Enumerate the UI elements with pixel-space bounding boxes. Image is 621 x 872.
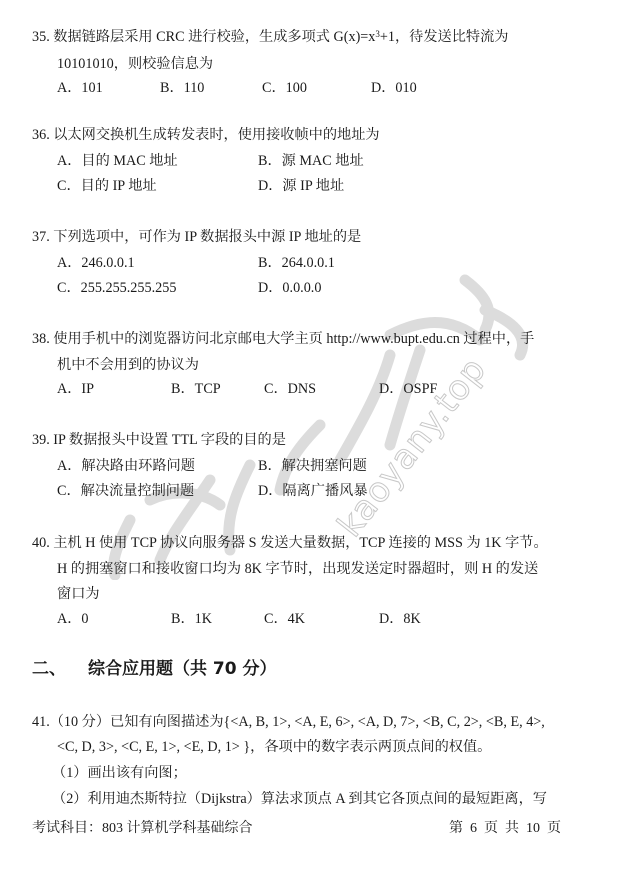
section-title: 综合应用题（共 70 分） bbox=[88, 659, 277, 679]
q39-option-d: D．隔离广播风暴 bbox=[258, 482, 368, 500]
question-41-line-3: （1）画出该有向图； bbox=[52, 764, 187, 782]
q40-option-d: D．8K bbox=[379, 610, 421, 628]
question-35-line-2: 10101010，则校验信息为 bbox=[57, 55, 213, 73]
question-number: 35. bbox=[32, 29, 50, 45]
footer-page-number: 第 6 页 共 10 页 bbox=[449, 820, 561, 838]
q39-option-c: C．解决流量控制问题 bbox=[57, 482, 194, 500]
calligraphy-watermark bbox=[90, 250, 550, 580]
q36-option-d: D．源 IP 地址 bbox=[258, 177, 344, 195]
question-number: 41. bbox=[32, 714, 50, 730]
question-text: IP 数据报头中设置 TTL 字段的目的是 bbox=[53, 432, 286, 448]
q36-option-a: A．目的 MAC 地址 bbox=[57, 152, 178, 170]
q35-option-c: C．100 bbox=[262, 79, 307, 97]
question-number: 39. bbox=[32, 432, 50, 448]
section-heading: 二、综合应用题（共 70 分） bbox=[32, 657, 277, 681]
question-38-line-2: 机中不会用到的协议为 bbox=[57, 356, 199, 374]
question-37-line-1: 37. 下列选项中，可作为 IP 数据报头中源 IP 地址的是 bbox=[32, 228, 361, 246]
question-text: 使用手机中的浏览器访问北京邮电大学主页 http://www.bupt.edu.… bbox=[53, 331, 534, 347]
q37-option-b: B．264.0.0.1 bbox=[258, 254, 335, 272]
question-36-line-1: 36. 以太网交换机生成转发表时，使用接收帧中的地址为 bbox=[32, 126, 380, 144]
question-40-line-2: H 的拥塞窗口和接收窗口均为 8K 字节时，出现发送定时器超时，则 H 的发送 bbox=[57, 560, 538, 578]
q40-option-b: B．1K bbox=[171, 610, 212, 628]
question-40-line-3: 窗口为 bbox=[57, 585, 100, 603]
q37-option-d: D．0.0.0.0 bbox=[258, 279, 321, 297]
q38-option-a: A．IP bbox=[57, 380, 94, 398]
q37-option-c: C．255.255.255.255 bbox=[57, 279, 176, 297]
question-40-line-1: 40. 主机 H 使用 TCP 协议向服务器 S 发送大量数据，TCP 连接的 … bbox=[32, 534, 548, 552]
question-number: 40. bbox=[32, 535, 50, 551]
question-41-line-2: <C, D, 3>, <C, E, 1>, <E, D, 1> }，各项中的数字… bbox=[57, 738, 491, 756]
q35-option-b: B．110 bbox=[160, 79, 204, 97]
url-watermark: kaoyany.top bbox=[330, 350, 495, 545]
question-41-line-1: 41.（10 分）已知有向图描述为{<A, B, 1>, <A, E, 6>, … bbox=[32, 713, 545, 731]
question-text: 下列选项中，可作为 IP 数据报头中源 IP 地址的是 bbox=[53, 229, 361, 245]
q36-option-c: C．目的 IP 地址 bbox=[57, 177, 157, 195]
question-number: 38. bbox=[32, 331, 50, 347]
question-text: （10 分）已知有向图描述为{<A, B, 1>, <A, E, 6>, <A,… bbox=[50, 714, 545, 730]
question-number: 36. bbox=[32, 127, 50, 143]
q40-option-c: C．4K bbox=[264, 610, 305, 628]
question-text: 以太网交换机生成转发表时，使用接收帧中的地址为 bbox=[53, 127, 379, 143]
q40-option-a: A．0 bbox=[57, 610, 89, 628]
question-38-line-1: 38. 使用手机中的浏览器访问北京邮电大学主页 http://www.bupt.… bbox=[32, 330, 534, 348]
question-35-line-1: 35. 数据链路层采用 CRC 进行校验，生成多项式 G(x)=x3+1，待发送… bbox=[32, 28, 509, 46]
q37-option-a: A．246.0.0.1 bbox=[57, 254, 135, 272]
section-number: 二、 bbox=[32, 659, 66, 679]
q35-option-d: D．010 bbox=[371, 79, 417, 97]
q36-option-b: B．源 MAC 地址 bbox=[258, 152, 364, 170]
q39-option-a: A．解决路由环路问题 bbox=[57, 457, 195, 475]
q39-option-b: B．解决拥塞问题 bbox=[258, 457, 367, 475]
superscript: 3 bbox=[375, 29, 380, 39]
question-41-line-4: （2）利用迪杰斯特拉（Dijkstra）算法求顶点 A 到其它各顶点间的最短距离… bbox=[52, 790, 547, 808]
q35-option-a: A．101 bbox=[57, 79, 103, 97]
q38-option-b: B．TCP bbox=[171, 380, 221, 398]
question-text: 主机 H 使用 TCP 协议向服务器 S 发送大量数据，TCP 连接的 MSS … bbox=[53, 535, 547, 551]
q38-option-c: C．DNS bbox=[264, 380, 316, 398]
footer-subject: 考试科目：803 计算机学科基础综合 bbox=[32, 820, 253, 838]
question-number: 37. bbox=[32, 229, 50, 245]
question-text: +1，待发送比特流为 bbox=[380, 29, 509, 45]
q38-option-d: D．OSPF bbox=[379, 380, 437, 398]
question-39-line-1: 39. IP 数据报头中设置 TTL 字段的目的是 bbox=[32, 431, 286, 449]
question-text: 数据链路层采用 CRC 进行校验，生成多项式 G(x)=x bbox=[53, 29, 375, 45]
